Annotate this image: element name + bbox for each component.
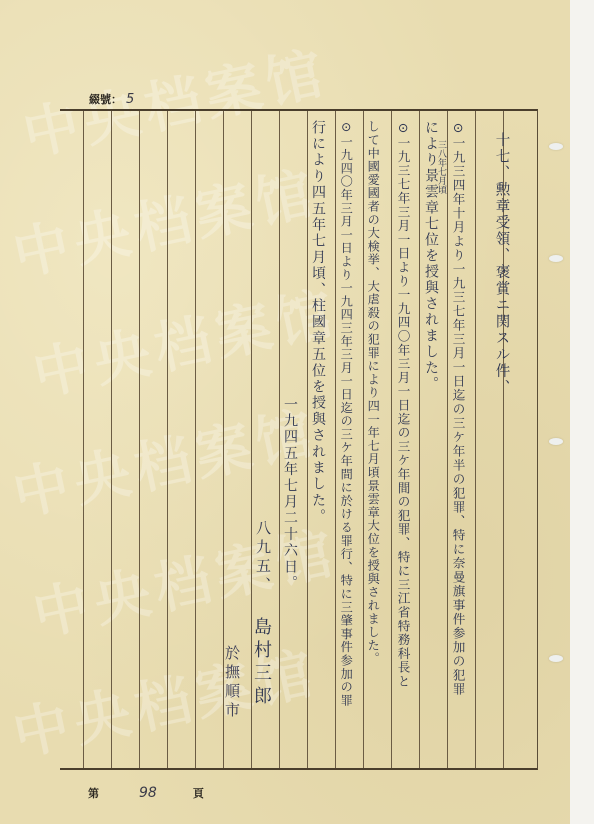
page-footer: 第98頁 bbox=[88, 785, 204, 801]
column-rule bbox=[363, 111, 364, 768]
punch-hole bbox=[549, 438, 563, 445]
item-2-line-1: ⊙一九三七年三月一日より一九四〇年三月一日迄の三ケ年間の犯罪、特に三江省特務科長… bbox=[396, 120, 409, 688]
column-rule bbox=[335, 111, 336, 768]
column-rule bbox=[83, 111, 84, 768]
column-rule bbox=[111, 111, 112, 768]
footer-prefix: 第 bbox=[88, 787, 99, 800]
column-rule bbox=[139, 111, 140, 768]
punch-hole bbox=[549, 255, 563, 262]
item-3-line-2: 行により四五年七月頃、柱國章五位を授與されました。 bbox=[311, 120, 325, 525]
column-rule bbox=[279, 111, 280, 768]
column-rule bbox=[195, 111, 196, 768]
column-rule bbox=[419, 111, 420, 768]
case-number-label: 綴號：5 bbox=[89, 91, 134, 107]
punch-hole bbox=[549, 655, 563, 662]
document-page: 中央档案馆 中央档案馆 中央档案馆 中央档案馆 中央档案馆 中央档案馆 綴號：5… bbox=[0, 0, 570, 824]
item-1-line-1: ⊙一九三四年十月より一九三七年三月一日迄の三ケ年半の犯罪、特に奈曼旗事件参加の犯… bbox=[451, 120, 464, 696]
page-edge bbox=[570, 0, 594, 824]
item-2-line-2: して中國愛國者の大検挙、大虐殺の犯罪により四一年七月頃景雲章大位を授與されました… bbox=[367, 120, 379, 665]
item-1-annotation: 三八年七月頃 bbox=[436, 140, 445, 194]
case-number: 5 bbox=[126, 92, 134, 107]
column-rule bbox=[307, 111, 308, 768]
item-3-line-1: ⊙一九四〇年三月一日より一九四三年三月一日迄の三ケ年間に於ける罪行、特に三肇事件… bbox=[340, 120, 352, 707]
prisoner-number: 八九五、 bbox=[255, 520, 270, 596]
location: 於撫順市 bbox=[224, 645, 239, 721]
punch-hole bbox=[549, 143, 563, 150]
column-rule bbox=[447, 111, 448, 768]
case-label-text: 綴號： bbox=[89, 93, 122, 106]
column-rule bbox=[167, 111, 168, 768]
section-heading: 十七、勲章受領、褒賞ニ関スル件、 bbox=[494, 132, 509, 396]
manuscript-grid bbox=[60, 109, 538, 770]
column-rule bbox=[475, 111, 476, 768]
document-date: 一九四五年七月二十六日。 bbox=[283, 397, 297, 591]
page-number: 98 bbox=[139, 785, 157, 801]
column-rule bbox=[391, 111, 392, 768]
footer-suffix: 頁 bbox=[193, 787, 204, 800]
author-name: 島村三郎 bbox=[252, 617, 270, 709]
